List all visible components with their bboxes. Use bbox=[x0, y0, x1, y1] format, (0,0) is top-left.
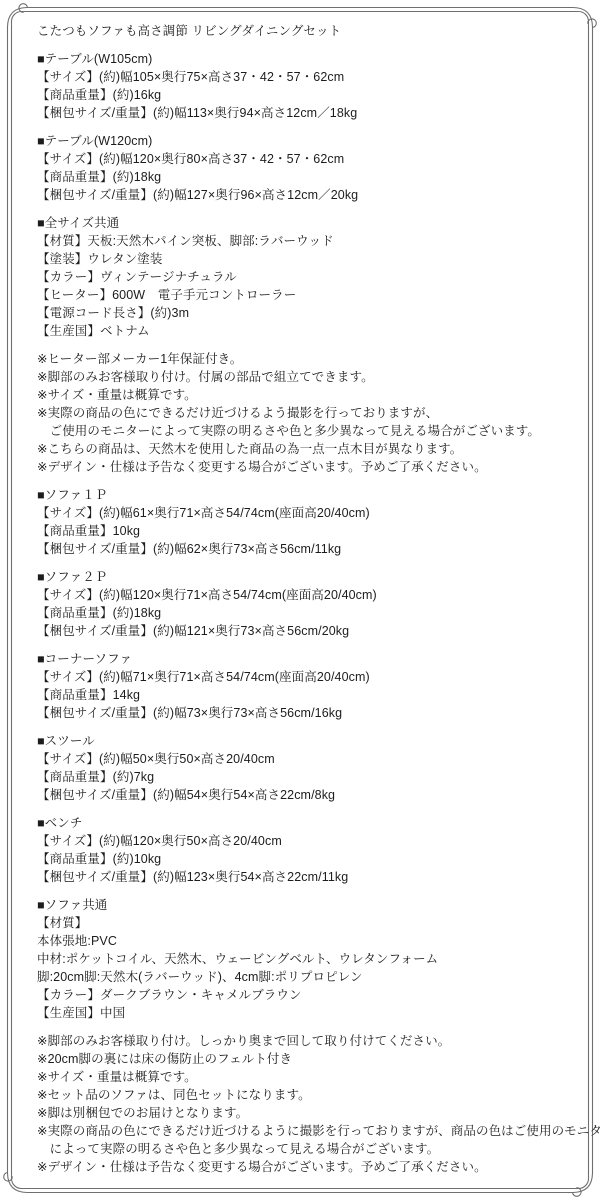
corner-curl-top-left bbox=[8, 4, 28, 27]
spec-sheet-page: こたつもソファも高さ調節 リビングダイニングセット ■テーブル(W105cm) … bbox=[0, 0, 600, 1200]
section-table-w120: ■テーブル(W120cm) 【サイズ】(約)幅120×奥行80×高さ37・42・… bbox=[37, 132, 600, 204]
section-table-notes: ※ヒーター部メーカー1年保証付き。 ※脚部のみお客様取り付け。付属の部品で組立て… bbox=[37, 350, 600, 476]
section-sofa-1p: ■ソファ１Ｐ 【サイズ】(約)幅61×奥行71×高さ54/74cm(座面高20/… bbox=[37, 486, 600, 558]
section-all-sizes-common: ■全サイズ共通 【材質】天板:天然木パイン突板、脚部:ラバーウッド 【塗装】ウレ… bbox=[37, 214, 600, 340]
section-sofa-common: ■ソファ共通 【材質】 本体張地:PVC 中材:ポケットコイル、天然木、ウェービ… bbox=[37, 896, 600, 1022]
spec-content: こたつもソファも高さ調節 リビングダイニングセット ■テーブル(W105cm) … bbox=[37, 22, 600, 1186]
product-title: こたつもソファも高さ調節 リビングダイニングセット bbox=[37, 22, 600, 40]
section-table-w105: ■テーブル(W105cm) 【サイズ】(約)幅105×奥行75×高さ37・42・… bbox=[37, 50, 600, 122]
section-sofa-notes: ※脚部のみお客様取り付け。しっかり奥まで回して取り付けてください。 ※20cm脚… bbox=[37, 1032, 600, 1176]
section-bench: ■ベンチ 【サイズ】(約)幅120×奥行50×高さ20/40cm 【商品重量】(… bbox=[37, 814, 600, 886]
section-sofa-2p: ■ソファ２Ｐ 【サイズ】(約)幅120×奥行71×高さ54/74cm(座面高20… bbox=[37, 568, 600, 640]
section-stool: ■スツール 【サイズ】(約)幅50×奥行50×高さ20/40cm 【商品重量】(… bbox=[37, 732, 600, 804]
corner-curl-bottom-left bbox=[4, 1173, 27, 1193]
section-corner-sofa: ■コーナーソファ 【サイズ】(約)幅71×奥行71×高さ54/74cm(座面高2… bbox=[37, 650, 600, 722]
